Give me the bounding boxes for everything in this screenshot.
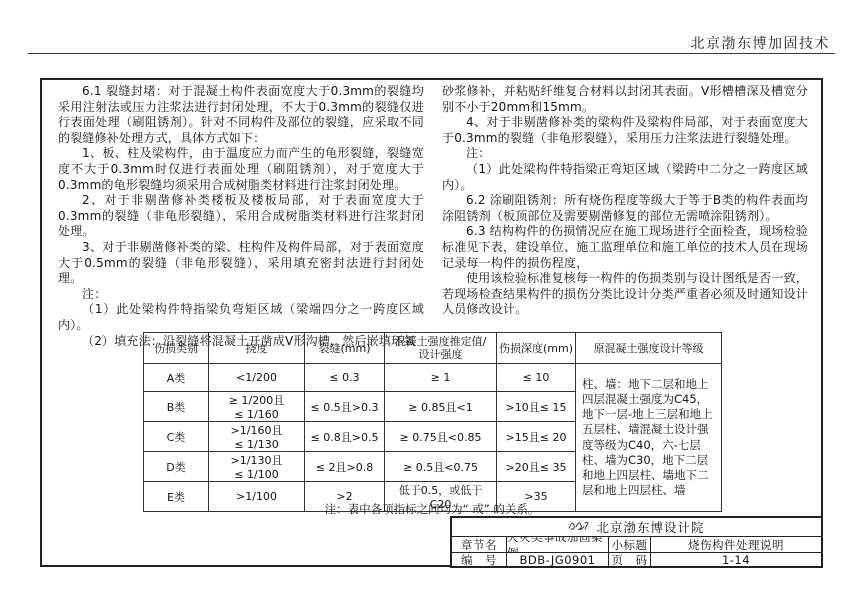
col-header-crack: 裂缝(mm): [305, 333, 385, 364]
cell-strength-ratio: ≥ 0.75且<0.85: [385, 422, 497, 452]
cell-crack: ≤ 0.3: [305, 364, 385, 392]
cell-deflection: <1/200: [209, 364, 305, 392]
left-text-column: 6.1 裂缝封堵：对于混凝土构件表面宽度大于0.3mm的裂缝均采用注射法或压力注…: [58, 84, 424, 349]
table-note: 注：表中各项指标之间均为“ 或” 的关系。: [143, 501, 721, 517]
note-label: 注：: [442, 146, 808, 162]
cell-depth: >10且≤ 15: [497, 392, 576, 422]
cell-deflection: >1/130且 ≤ 1/100: [209, 452, 305, 482]
cell-grade: B类: [144, 392, 209, 422]
field-value-page: 1-14: [651, 553, 821, 566]
field-value-number: BDB-JG0901: [507, 553, 609, 566]
note-label: 注：: [58, 287, 424, 303]
cell-grade: A类: [144, 364, 209, 392]
cell-deflection: >1/160且 ≤ 1/130: [209, 422, 305, 452]
cell-original-strength-grades: 柱、墙：地下二层和地上四层混凝土强度为C45，地下一层-地上三层和地上五层柱、墙…: [576, 364, 722, 512]
field-label-number: 编 号: [452, 553, 507, 566]
right-text-column: 砂浆修补，并粘贴纤维复合材料以封闭其表面。V形槽槽深及槽宽分别不小于20mm和1…: [442, 84, 808, 318]
document-page: { "header": { "company_banner": "北京渤东博加固…: [0, 0, 863, 609]
company-banner: 北京渤东博加固技术: [691, 33, 831, 53]
cell-crack: ≤ 2且>0.8: [305, 452, 385, 482]
cell-strength-ratio: ≥ 0.5且<0.75: [385, 452, 497, 482]
cell-deflection: ≥ 1/200且 ≤ 1/160: [209, 392, 305, 422]
cell-depth: >20且≤ 35: [497, 452, 576, 482]
paragraph-item-3: 3、对于非剔凿修补类的梁、柱构件及构件局部，对于表面宽度大于0.5mm的裂缝（非…: [58, 240, 424, 287]
paragraph-6-2: 6.2 涂刷阻锈剂：所有烧伤程度等级大于等于B类的构件表面均涂阻锈剂（板顶部位及…: [442, 193, 808, 224]
cell-depth: >15且≤ 20: [497, 422, 576, 452]
col-header-grade: 伤损类别: [144, 333, 209, 364]
field-label-page: 页 码: [609, 553, 651, 566]
company-logo-icon: [568, 520, 590, 535]
title-block: 北京渤东博设计院 章节名 火灾类事故加固案例 小标题 烧伤构件处理说明 编 号 …: [450, 516, 823, 568]
field-label-subtitle: 小标题: [609, 537, 651, 553]
cell-strength-ratio: ≥ 1: [385, 364, 497, 392]
paragraph-6-1: 6.1 裂缝封堵：对于混凝土构件表面宽度大于0.3mm的裂缝均采用注射法或压力注…: [58, 84, 424, 146]
field-label-chapter: 章节名: [452, 537, 507, 553]
title-block-row-1: 章节名 火灾类事故加固案例 小标题 烧伤构件处理说明: [452, 537, 821, 553]
header-divider: [28, 53, 835, 54]
note-item-1: （1）此处梁构件特指梁负弯矩区域（梁端四分之一跨度区域内）。: [58, 302, 424, 333]
paragraph-continuation: 砂浆修补，并粘贴纤维复合材料以封闭其表面。V形槽槽深及槽宽分别不小于20mm和1…: [442, 84, 808, 115]
paragraph-item-4: 4、对于非剔凿修补类的梁构件及梁构件局部，对于表面宽度大于0.3mm的裂缝（非龟…: [442, 115, 808, 146]
cell-depth: ≤ 10: [497, 364, 576, 392]
title-block-company-row: 北京渤东博设计院: [452, 518, 821, 537]
damage-classification-table: 伤损类别 挠度 裂缝(mm) 混凝土强度推定值/ 设计强度 伤损深度(mm) 原…: [143, 332, 722, 512]
cell-strength-ratio: ≥ 0.85且<1: [385, 392, 497, 422]
table-row: A类 <1/200 ≤ 0.3 ≥ 1 ≤ 10 柱、墙：地下二层和地上四层混凝…: [144, 364, 722, 392]
col-header-strength-ratio: 混凝土强度推定值/ 设计强度: [385, 333, 497, 364]
col-header-depth: 伤损深度(mm): [497, 333, 576, 364]
paragraph-item-1: 1、板、柱及梁构件，由于温度应力而产生的龟形裂缝，裂缝宽度不大于0.3mm时仅进…: [58, 146, 424, 193]
table-header-row: 伤损类别 挠度 裂缝(mm) 混凝土强度推定值/ 设计强度 伤损深度(mm) 原…: [144, 333, 722, 364]
cell-crack: ≤ 0.8且>0.5: [305, 422, 385, 452]
design-institute-name: 北京渤东博设计院: [596, 518, 704, 536]
col-header-original-strength: 原混凝土强度设计等级: [576, 333, 722, 364]
field-value-subtitle: 烧伤构件处理说明: [651, 537, 821, 553]
cell-crack: ≤ 0.5且>0.3: [305, 392, 385, 422]
paragraph-6-3-cont: 使用该检验标准复核每一构件的伤损类别与设计图纸是否一致，若现场检查结果构件的损伤…: [442, 271, 808, 318]
title-block-row-2: 编 号 BDB-JG0901 页 码 1-14: [452, 553, 821, 566]
field-value-chapter: 火灾类事故加固案例: [507, 537, 609, 553]
cell-grade: D类: [144, 452, 209, 482]
paragraph-item-2: 2、对于非剔凿修补类楼板及楼板局部，对于表面宽度大于0.3mm的裂缝（非龟形裂缝…: [58, 193, 424, 240]
cell-grade: C类: [144, 422, 209, 452]
note-item-1: （1）此处梁构件特指梁正弯矩区域（梁跨中二分之一跨度区域内）。: [442, 162, 808, 193]
paragraph-6-3: 6.3 结构构件的伤损情况应在施工现场进行全面检查，现场检验标准见下表，建设单位…: [442, 224, 808, 271]
col-header-deflection: 挠度: [209, 333, 305, 364]
